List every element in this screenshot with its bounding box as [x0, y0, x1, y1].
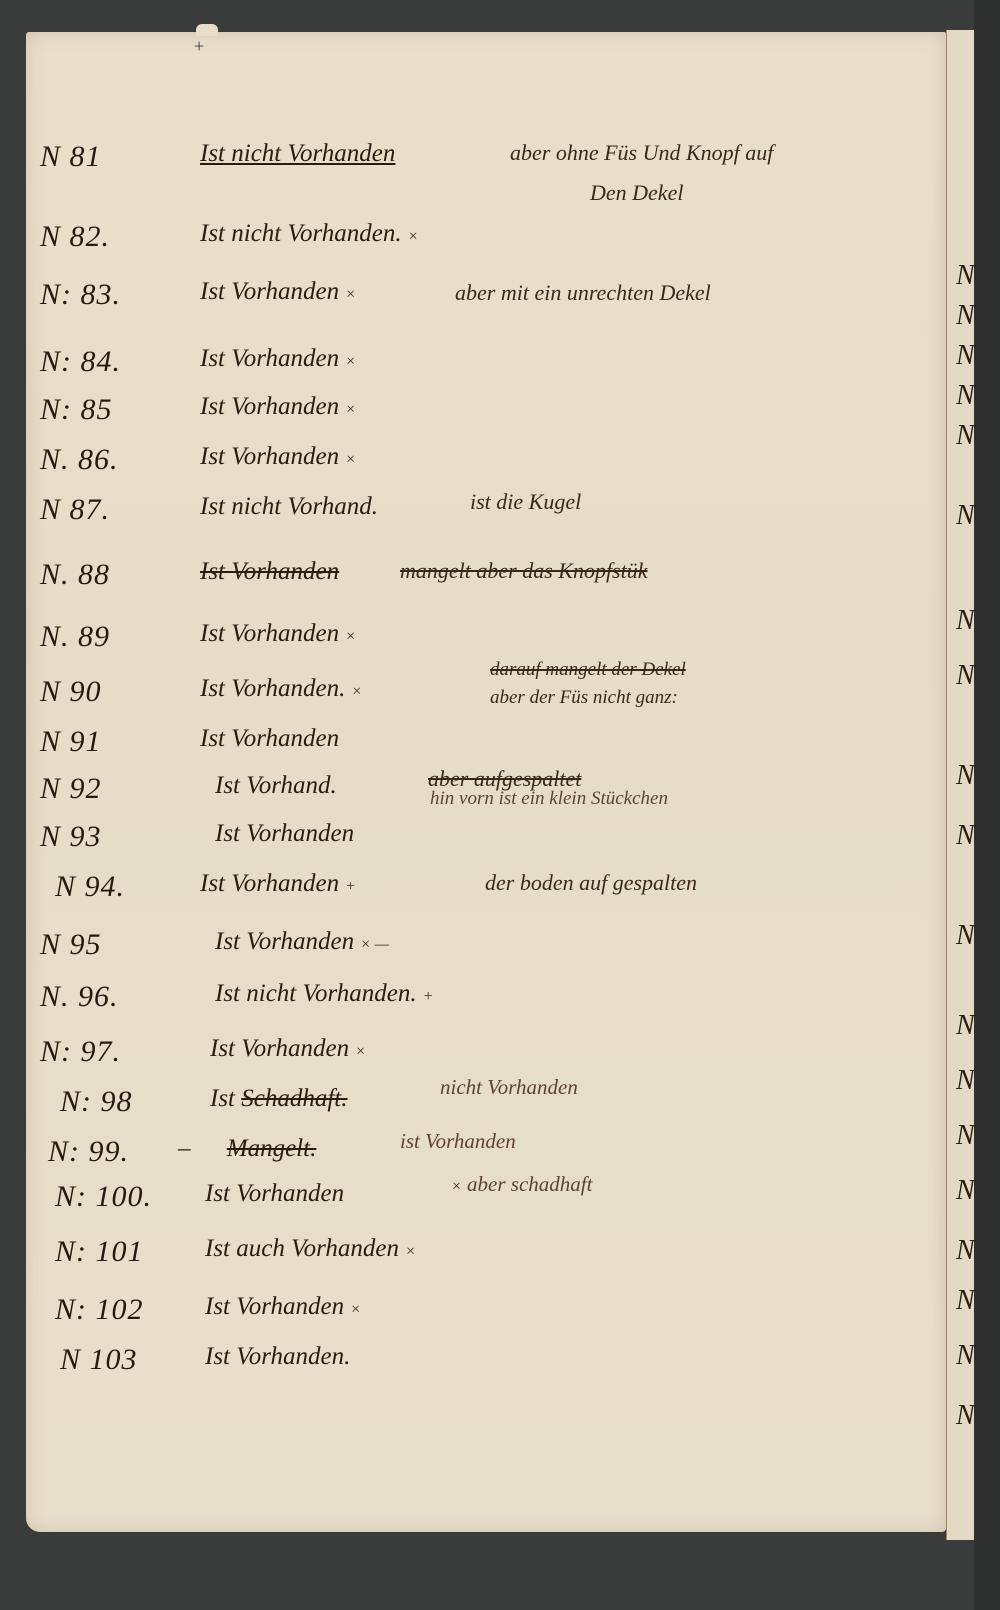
entry-number: N 92	[40, 772, 102, 806]
entry-status: Ist nicht Vorhand.	[200, 493, 378, 521]
entry-number: N 90	[40, 675, 102, 709]
entry-status: Ist Vorhanden	[200, 725, 339, 753]
facing-page-mark: N	[956, 340, 975, 372]
entry-status: Ist Vorhanden	[215, 820, 354, 848]
entry-note: × aber schadhaft	[445, 1172, 592, 1197]
check-mark: ×	[351, 683, 362, 700]
entry-status: Ist nicht Vorhanden.×	[200, 220, 418, 248]
check-mark: ×	[451, 1178, 462, 1195]
entry-status: Ist nicht Vorhanden	[200, 140, 395, 168]
facing-page-mark: N	[956, 760, 975, 792]
facing-page-mark: N	[956, 1285, 975, 1317]
entry-status: Ist Vorhanden×	[200, 443, 356, 471]
entry-number: N: 97.	[40, 1035, 121, 1069]
entry-note: aber der Füs nicht ganz:	[490, 687, 678, 709]
entry-note: aber mit ein unrechten Dekel	[455, 280, 711, 306]
entry-number: N 103	[60, 1343, 138, 1377]
entry-status: Ist Vorhand.	[215, 772, 337, 800]
facing-page-mark: N	[956, 420, 975, 452]
facing-page-mark: N	[956, 820, 975, 852]
entry-status: Ist Vorhanden+	[200, 870, 356, 898]
entry-struck-note: darauf mangelt der Dekel	[490, 659, 686, 681]
entry-number: N: 99.	[48, 1135, 129, 1169]
entry-status: Ist Schadhaft.	[210, 1085, 348, 1113]
facing-page-mark: N	[956, 1235, 975, 1267]
entry-status: Ist Vorhanden	[205, 1180, 344, 1208]
entry-status: Ist Vorhanden.×	[200, 675, 362, 703]
entry-number: N. 96.	[40, 980, 119, 1014]
entry-note: aber ohne Füs Und Knopf auf	[510, 140, 773, 166]
facing-page-mark: N	[956, 1120, 975, 1152]
entry-number: N. 89	[40, 620, 110, 654]
plus-mark: +	[423, 988, 434, 1005]
entry-number: N: 83.	[40, 278, 121, 312]
facing-page-mark: N	[956, 1175, 975, 1207]
entry-note: der boden auf gespalten	[485, 870, 697, 896]
entry-number: N: 101	[55, 1235, 144, 1269]
entry-number: N. 86.	[40, 443, 119, 477]
entry-status: – Mangelt.	[178, 1135, 316, 1163]
entry-note: ist die Kugel	[470, 489, 581, 515]
facing-page-mark: N	[956, 920, 975, 952]
binding-spine	[974, 0, 1000, 1610]
facing-page-mark: N	[956, 1340, 975, 1372]
check-mark: ×	[350, 1301, 361, 1318]
entry-number: N 94.	[55, 870, 125, 904]
check-mark: ×	[405, 1243, 416, 1260]
entry-status: Ist auch Vorhanden×	[205, 1235, 416, 1263]
page-notch	[196, 24, 218, 36]
entry-number: N 93	[40, 820, 102, 854]
entry-status: Ist Vorhanden×	[200, 345, 356, 373]
facing-page-mark: N	[956, 1400, 975, 1432]
check-mark: ×	[345, 401, 356, 418]
entry-number: N 87.	[40, 493, 110, 527]
entry-number: N. 88	[40, 558, 110, 592]
check-mark: ×	[345, 451, 356, 468]
facing-page-mark: N	[956, 1010, 975, 1042]
facing-page-mark: N	[956, 660, 975, 692]
facing-page-mark: N	[956, 260, 975, 292]
entry-note-continued: Den Dekel	[590, 180, 683, 206]
entry-number: N: 85	[40, 393, 113, 427]
facing-page-mark: N	[956, 1065, 975, 1097]
check-mark: ×	[408, 228, 419, 245]
facing-page-mark: N	[956, 300, 975, 332]
entry-status: Ist Vorhanden× —	[215, 928, 389, 956]
entry-number: N 91	[40, 725, 102, 759]
entry-status: Ist Vorhanden×	[205, 1293, 361, 1321]
entry-number: N 95	[40, 928, 102, 962]
entry-status: Ist Vorhanden×	[200, 620, 356, 648]
facing-page-mark: N	[956, 500, 975, 532]
entry-number: N: 98	[60, 1085, 133, 1119]
entry-status: Ist nicht Vorhanden.+	[215, 980, 433, 1008]
facing-page-mark: N	[956, 605, 975, 637]
entry-number: N: 84.	[40, 345, 121, 379]
check-mark: ×	[345, 353, 356, 370]
entry-note: hin vorn ist ein klein Stückchen	[430, 788, 668, 810]
entry-struck-note: mangelt aber das Knopfstük	[400, 558, 648, 584]
entry-note: ist Vorhanden	[400, 1129, 516, 1154]
check-mark: ×	[345, 628, 356, 645]
entry-status: Ist Vorhanden×	[200, 278, 356, 306]
pencil-cross-mark: +	[194, 36, 204, 57]
struck-word: Mangelt.	[227, 1135, 317, 1162]
struck-word: Schadhaft.	[241, 1085, 347, 1112]
check-mark: ×	[345, 286, 356, 303]
entry-number: N: 102	[55, 1293, 144, 1327]
entry-status: Ist Vorhanden.	[205, 1343, 350, 1371]
check-mark: ×	[355, 1043, 366, 1060]
check-mark: × —	[360, 936, 389, 953]
entry-note: nicht Vorhanden	[440, 1075, 578, 1100]
plus-mark: +	[345, 878, 356, 895]
facing-page-mark: N	[956, 380, 975, 412]
entry-number: N 81	[40, 140, 102, 174]
entry-number: N: 100.	[55, 1180, 152, 1214]
entry-status: Ist Vorhanden×	[210, 1035, 366, 1063]
entry-status: Ist Vorhanden×	[200, 393, 356, 421]
entry-status-struck: Ist Vorhanden	[200, 558, 339, 586]
entry-number: N 82.	[40, 220, 110, 254]
